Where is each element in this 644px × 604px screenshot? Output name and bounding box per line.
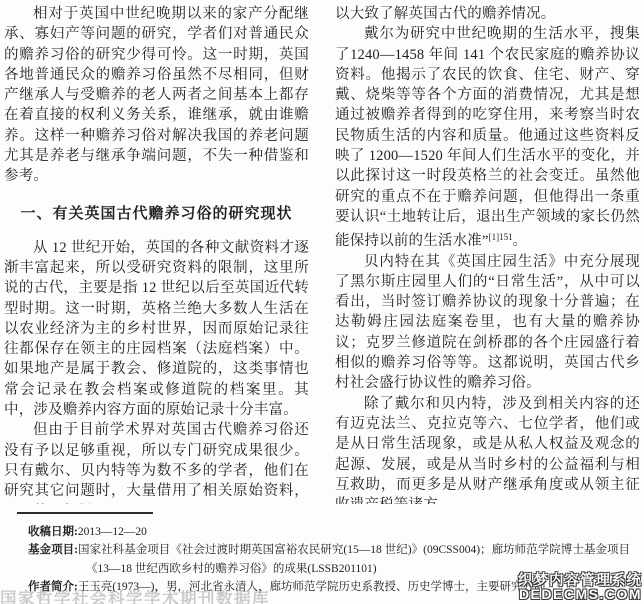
right-column: 以大致了解英国古代的赡养情况。 戴尔为研究中世纪晚期的生活水平，搜集了1240—… bbox=[335, 4, 640, 504]
left-column: 相对于英国中世纪晚期以来的家产分配继承、寡妇产等问题的研究，学者们对普通民众的赡… bbox=[4, 4, 309, 504]
paragraph-bennett: 贝内特在其《英国庄园生活》中充分展现了黑尔斯庄园里人们的“日常生活”，从中可以看… bbox=[335, 252, 640, 394]
journal-page-scan: 相对于英国中世纪晚期以来的家产分配继承、寡妇产等问题的研究，学者们对普通民众的赡… bbox=[0, 0, 644, 604]
watermark-dedecms: 织梦内容管理系统 DEDECMS.COM bbox=[518, 575, 642, 601]
received-date-value: 2013—12—20 bbox=[78, 526, 147, 538]
watermark-dedecms-url: DEDECMS.COM bbox=[518, 588, 642, 601]
paragraph-dyer: 戴尔为研究中世纪晚期的生活水平，搜集了1240—1458 年间 141 个农民家… bbox=[335, 24, 640, 251]
received-date-row: 收稿日期:2013—12—20 bbox=[28, 523, 630, 541]
paragraph-sources: 从 12 世纪开始，英国的各种文献资料才逐渐丰富起来，所以受研究资料的限制，这里… bbox=[4, 238, 309, 421]
paragraph-dyer-period: 。 bbox=[513, 233, 528, 249]
section-heading: 一、有关英国古代赡养习俗的研究现状 bbox=[4, 202, 309, 223]
paragraph-scholars: 但由于目前学术界对英国古代赡养习俗还没有予以足够重视，所以专门研究成果很少。只有… bbox=[4, 420, 309, 504]
footnote-divider bbox=[17, 512, 153, 514]
author-bio-label: 作者简介: bbox=[28, 581, 78, 593]
paragraph-continuation: 以大致了解英国古代的赡养情况。 bbox=[335, 4, 640, 24]
received-date-label: 收稿日期: bbox=[28, 526, 78, 538]
citation-marker: [1]151 bbox=[489, 232, 513, 242]
fund-project-value: 国家社科基金项目《社会过渡时期英国富裕农民研究(15—18 世纪)》(09CSS… bbox=[78, 544, 630, 574]
paragraph-intro: 相对于英国中世纪晚期以来的家产分配继承、寡妇产等问题的研究，学者们对普通民众的赡… bbox=[4, 4, 309, 187]
paragraph-other-scholars: 除了戴尔和贝内特，涉及到相关内容的还有迈克法兰、克拉克等六、七位学者，他们或是从… bbox=[335, 394, 640, 504]
paragraph-dyer-text: 戴尔为研究中世纪晚期的生活水平，搜集了1240—1458 年间 141 个农民家… bbox=[335, 26, 640, 249]
fund-project-label: 基金项目: bbox=[28, 544, 78, 556]
article-body: 相对于英国中世纪晚期以来的家产分配继承、寡妇产等问题的研究，学者们对普通民众的赡… bbox=[4, 4, 640, 504]
author-bio-value: 王玉亮(1973—)，男，河北省永清人，廊坊师范学院历史系教授、历史学博士，主要… bbox=[78, 581, 546, 593]
